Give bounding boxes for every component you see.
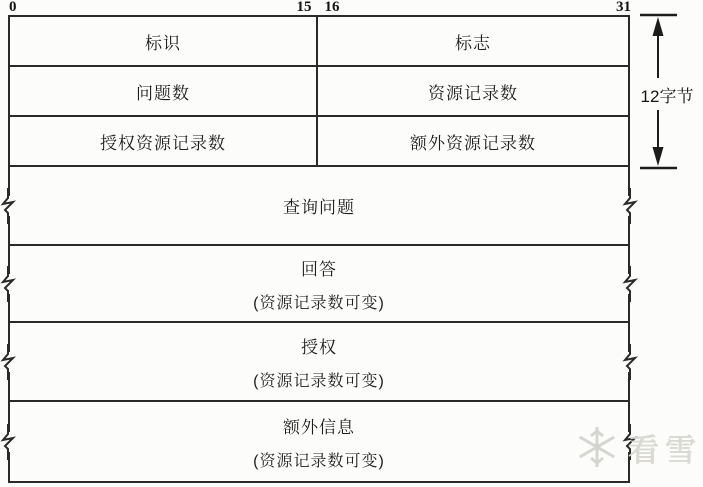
bit-label-16: 16 [325,0,340,15]
break-zigzag-icon [0,424,17,460]
break-zigzag-icon [0,188,17,224]
header-cell-authority-rr-count: 授权资源记录数 [10,117,318,165]
section-answer-title: 回答 [301,255,337,280]
bit-label-15-16: 15 16 [297,0,340,15]
section-authority-subtitle: (资源记录数可变) [253,368,385,391]
header-cell-flags: 标志 [318,17,628,65]
section-additional-title: 额外信息 [283,413,355,438]
section-answer-subtitle: (资源记录数可变) [253,290,385,313]
header-row-1: 标识 标志 [10,17,628,67]
header-cell-identification: 标识 [10,17,318,65]
watermark-text: 看雪 [628,425,702,470]
bit-label-0: 0 [9,0,17,15]
section-authority-title: 授权 [301,333,337,358]
break-zigzag-icon [621,344,639,380]
byte-size-label: 12字节 [631,82,703,107]
dns-message-format-diagram: 0 15 16 31 标识 标志 问题数 资源记录数 授权资源记录数 额外资源记… [0,0,703,487]
header-cell-rr-count: 资源记录数 [318,67,628,115]
break-zigzag-icon [621,188,639,224]
header-row-3: 授权资源记录数 额外资源记录数 [10,117,628,167]
section-query: 查询问题 [10,167,628,246]
header-row-2: 问题数 资源记录数 [10,67,628,117]
break-zigzag-icon [621,424,639,460]
bit-label-15: 15 [297,0,312,15]
section-query-title: 查询问题 [283,193,355,218]
section-authority: 授权 (资源记录数可变) [10,323,628,402]
bit-label-31: 31 [616,0,631,15]
break-zigzag-icon [0,344,17,380]
message-frame: 标识 标志 问题数 资源记录数 授权资源记录数 额外资源记录数 查询问题 回答 … [8,15,630,483]
break-zigzag-icon [0,266,17,302]
section-answer: 回答 (资源记录数可变) [10,246,628,323]
section-additional-subtitle: (资源记录数可变) [253,448,385,471]
break-zigzag-icon [621,266,639,302]
header-cell-question-count: 问题数 [10,67,318,115]
section-additional: 额外信息 (资源记录数可变) [10,402,628,481]
header-cell-additional-rr-count: 额外资源记录数 [318,117,628,165]
